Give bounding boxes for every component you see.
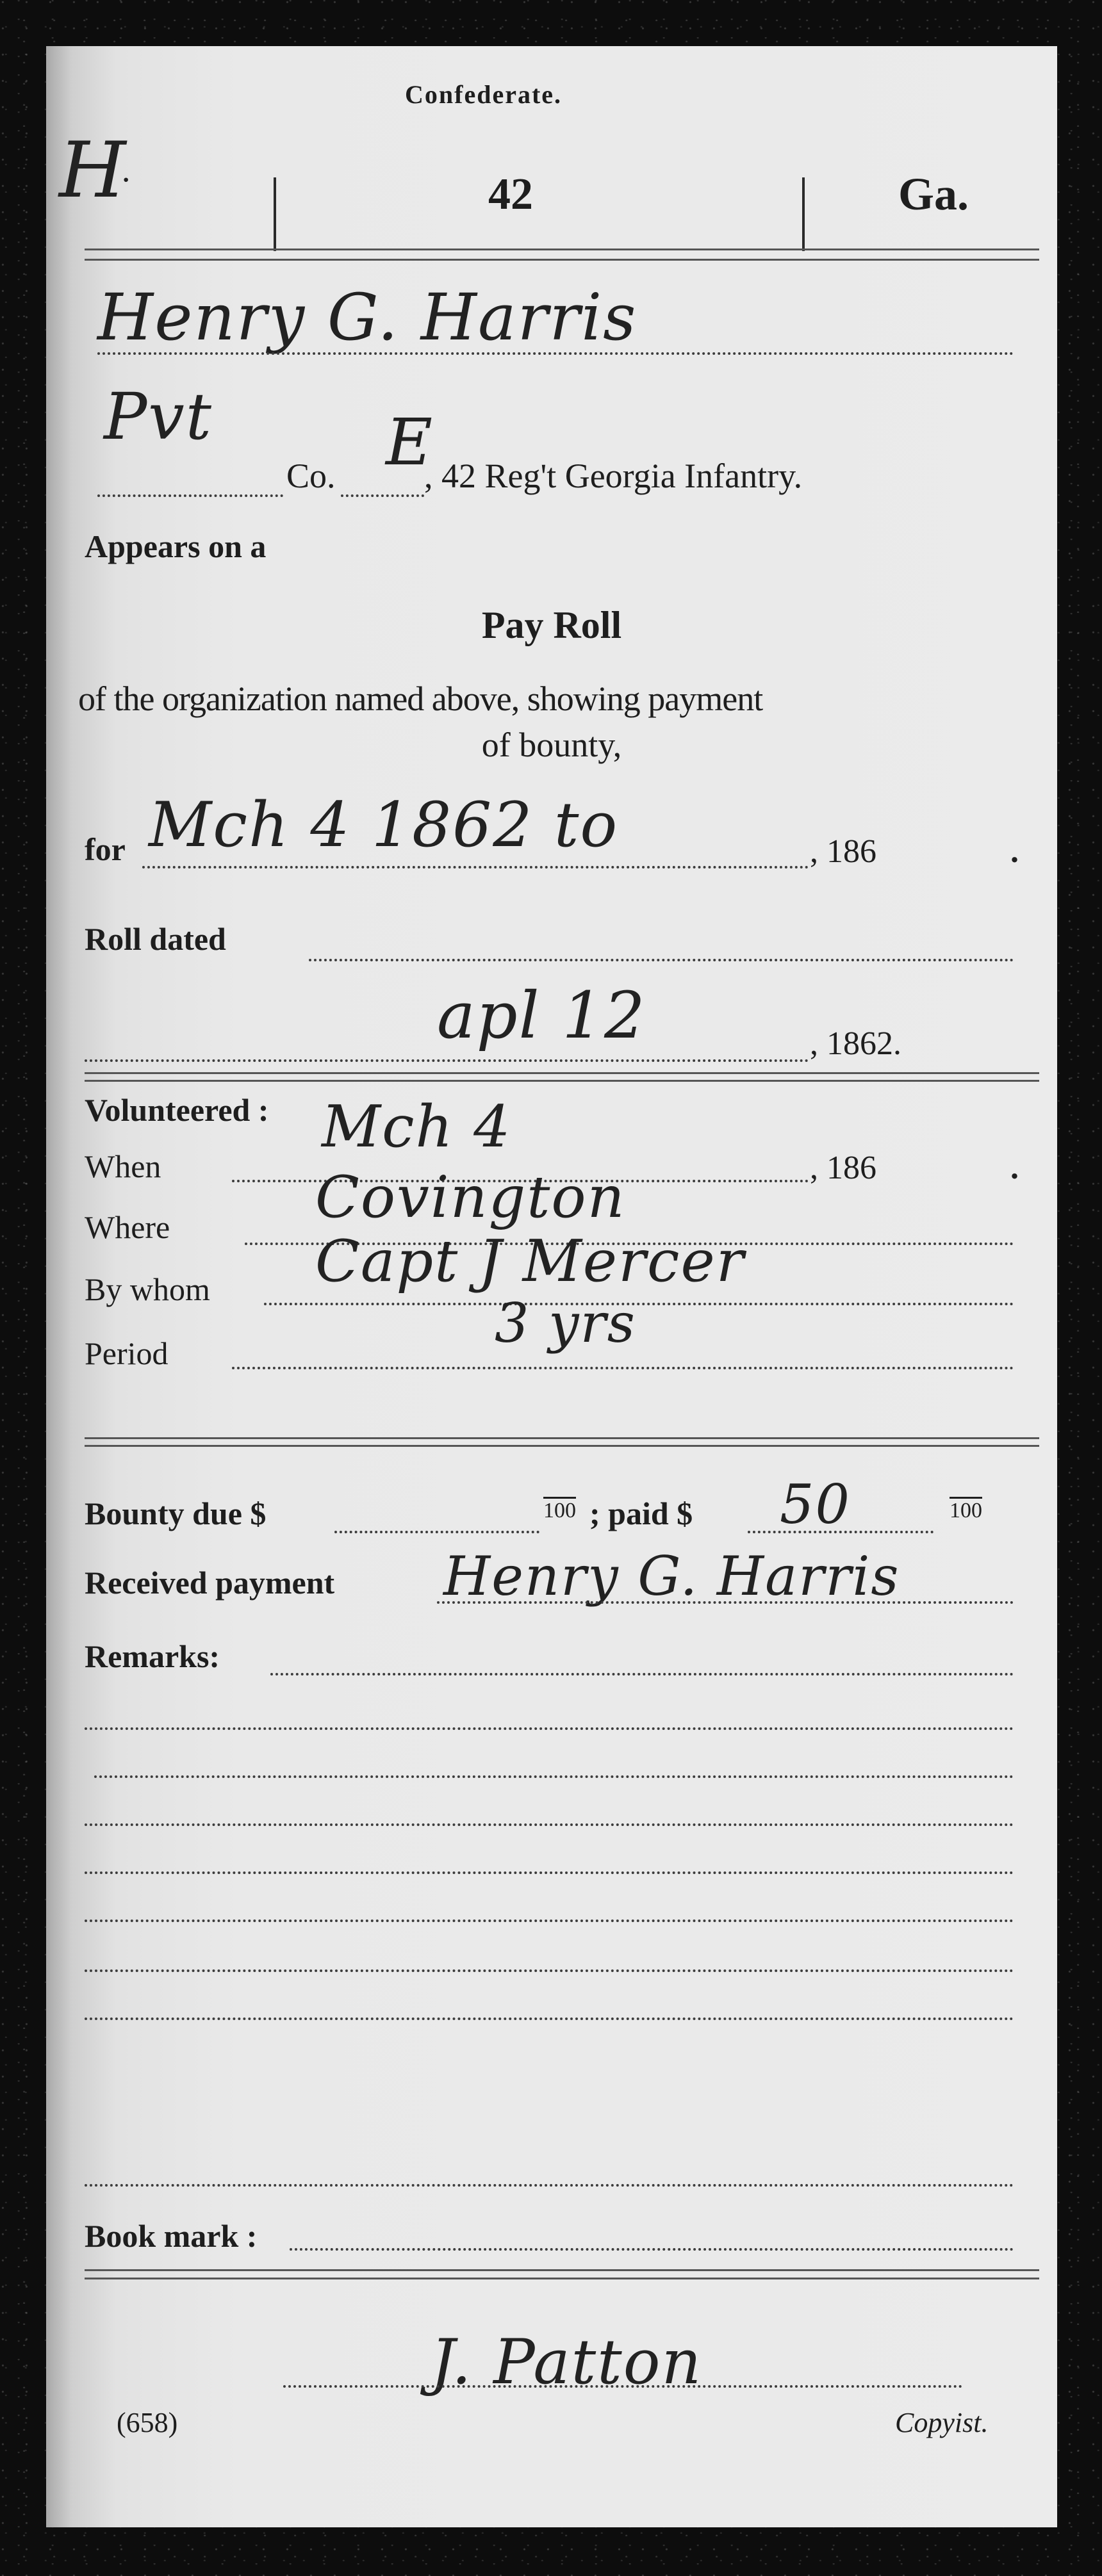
roll-description-line2: of bounty, <box>46 725 1057 765</box>
period-dotted-line <box>232 1367 1014 1369</box>
volunteered-where-label: Where <box>85 1209 170 1246</box>
received-payment-dotted-line <box>437 1601 1014 1604</box>
bounty-due-label: Bounty due $ <box>85 1495 266 1532</box>
soldier-name: Henry G. Harris <box>97 280 637 355</box>
footer-rule-a <box>85 2269 1039 2271</box>
for-dotted-line <box>142 866 809 868</box>
section-rule-2b <box>85 1445 1039 1447</box>
roll-description-line1: of the organization named above, showing… <box>78 679 762 719</box>
roll-dated-value-dotted-line <box>85 1059 809 1062</box>
appears-on-label: Appears on a <box>85 528 266 565</box>
volunteered-when-value: Mch 4 <box>322 1093 511 1161</box>
volunteered-by-whom-value: Capt J Mercer <box>315 1228 745 1295</box>
rank-dotted-line <box>97 494 283 497</box>
header-state: Ga. <box>898 168 969 221</box>
copyist-label: Copyist. <box>895 2406 988 2439</box>
bookmark-dotted-line <box>290 2248 1014 2251</box>
volunteered-when-label: When <box>85 1148 161 1185</box>
volunteered-when-year: , 186 <box>810 1149 876 1187</box>
header-divider-left <box>274 177 276 251</box>
for-label: for <box>85 831 126 868</box>
remarks-blank-line <box>85 1920 1014 1922</box>
roll-dated-label: Roll dated <box>85 920 226 958</box>
volunteered-where-value: Covington <box>315 1164 626 1231</box>
roll-dated-value: apl 12 <box>437 978 646 1053</box>
section-rule-1b <box>85 1080 1039 1082</box>
received-payment-signature: Henry G. Harris <box>443 1545 900 1608</box>
remarks-blank-line <box>94 1775 1014 1778</box>
bounty-due-dotted-line <box>334 1531 539 1533</box>
remarks-blank-line <box>85 2184 1014 2187</box>
by-whom-dotted-line <box>264 1303 1014 1305</box>
volunteered-period-value: 3 yrs <box>495 1292 636 1355</box>
remarks-blank-line <box>85 1871 1014 1874</box>
footer-rule-b <box>85 2278 1039 2279</box>
company-label: Co. <box>286 456 336 496</box>
roll-title: Pay Roll <box>46 603 1057 648</box>
copyist-dotted-line <box>283 2385 962 2388</box>
header-divider-right <box>802 177 805 251</box>
bounty-paid-cents: 100 <box>950 1499 982 1523</box>
compiled-service-record-card: Confederate. H · 42 Ga. Henry G. Harris … <box>46 46 1057 2527</box>
header-title: Confederate. <box>405 79 562 110</box>
company-dotted-line <box>341 494 424 497</box>
roll-dated-dotted-line <box>309 959 1014 961</box>
remarks-dotted-line <box>270 1673 1014 1675</box>
form-number: (658) <box>117 2406 177 2439</box>
unit-text: , 42 Reg't Georgia Infantry. <box>424 456 802 496</box>
soldier-rank: Pvt <box>104 379 213 454</box>
name-dotted-line <box>97 352 1014 355</box>
remarks-blank-line <box>85 2018 1014 2020</box>
remarks-label: Remarks: <box>85 1638 220 1675</box>
bounty-due-cents: 100 <box>543 1499 576 1523</box>
header-regiment-number: 42 <box>488 169 533 220</box>
remarks-blank-line <box>85 1823 1014 1826</box>
received-payment-label: Received payment <box>85 1564 334 1601</box>
bounty-paid-dotted-line <box>748 1531 933 1533</box>
section-rule-1a <box>85 1072 1039 1074</box>
bounty-paid-value: 50 <box>780 1473 851 1536</box>
bounty-paid-label: ; paid $ <box>589 1495 693 1532</box>
bookmark-label: Book mark : <box>85 2217 257 2254</box>
volunteered-heading: Volunteered : <box>85 1091 269 1129</box>
section-rule-2a <box>85 1437 1039 1439</box>
header-prefix-letter: H <box>59 133 127 209</box>
header-dot: · <box>122 165 130 195</box>
for-end-period: . <box>1010 833 1019 870</box>
roll-dated-year: , 1862. <box>810 1025 901 1063</box>
volunteered-by-whom-label: By whom <box>85 1271 210 1308</box>
header-rule-top <box>85 249 1039 250</box>
for-year-suffix: , 186 <box>810 833 876 870</box>
volunteered-when-end: . <box>1010 1149 1019 1187</box>
volunteered-period-label: Period <box>85 1335 169 1372</box>
header-rule-bottom <box>85 259 1039 261</box>
for-period-value: Mch 4 1862 to <box>149 789 618 861</box>
remarks-blank-line <box>85 1969 1014 1972</box>
remarks-blank-line <box>85 1727 1014 1730</box>
